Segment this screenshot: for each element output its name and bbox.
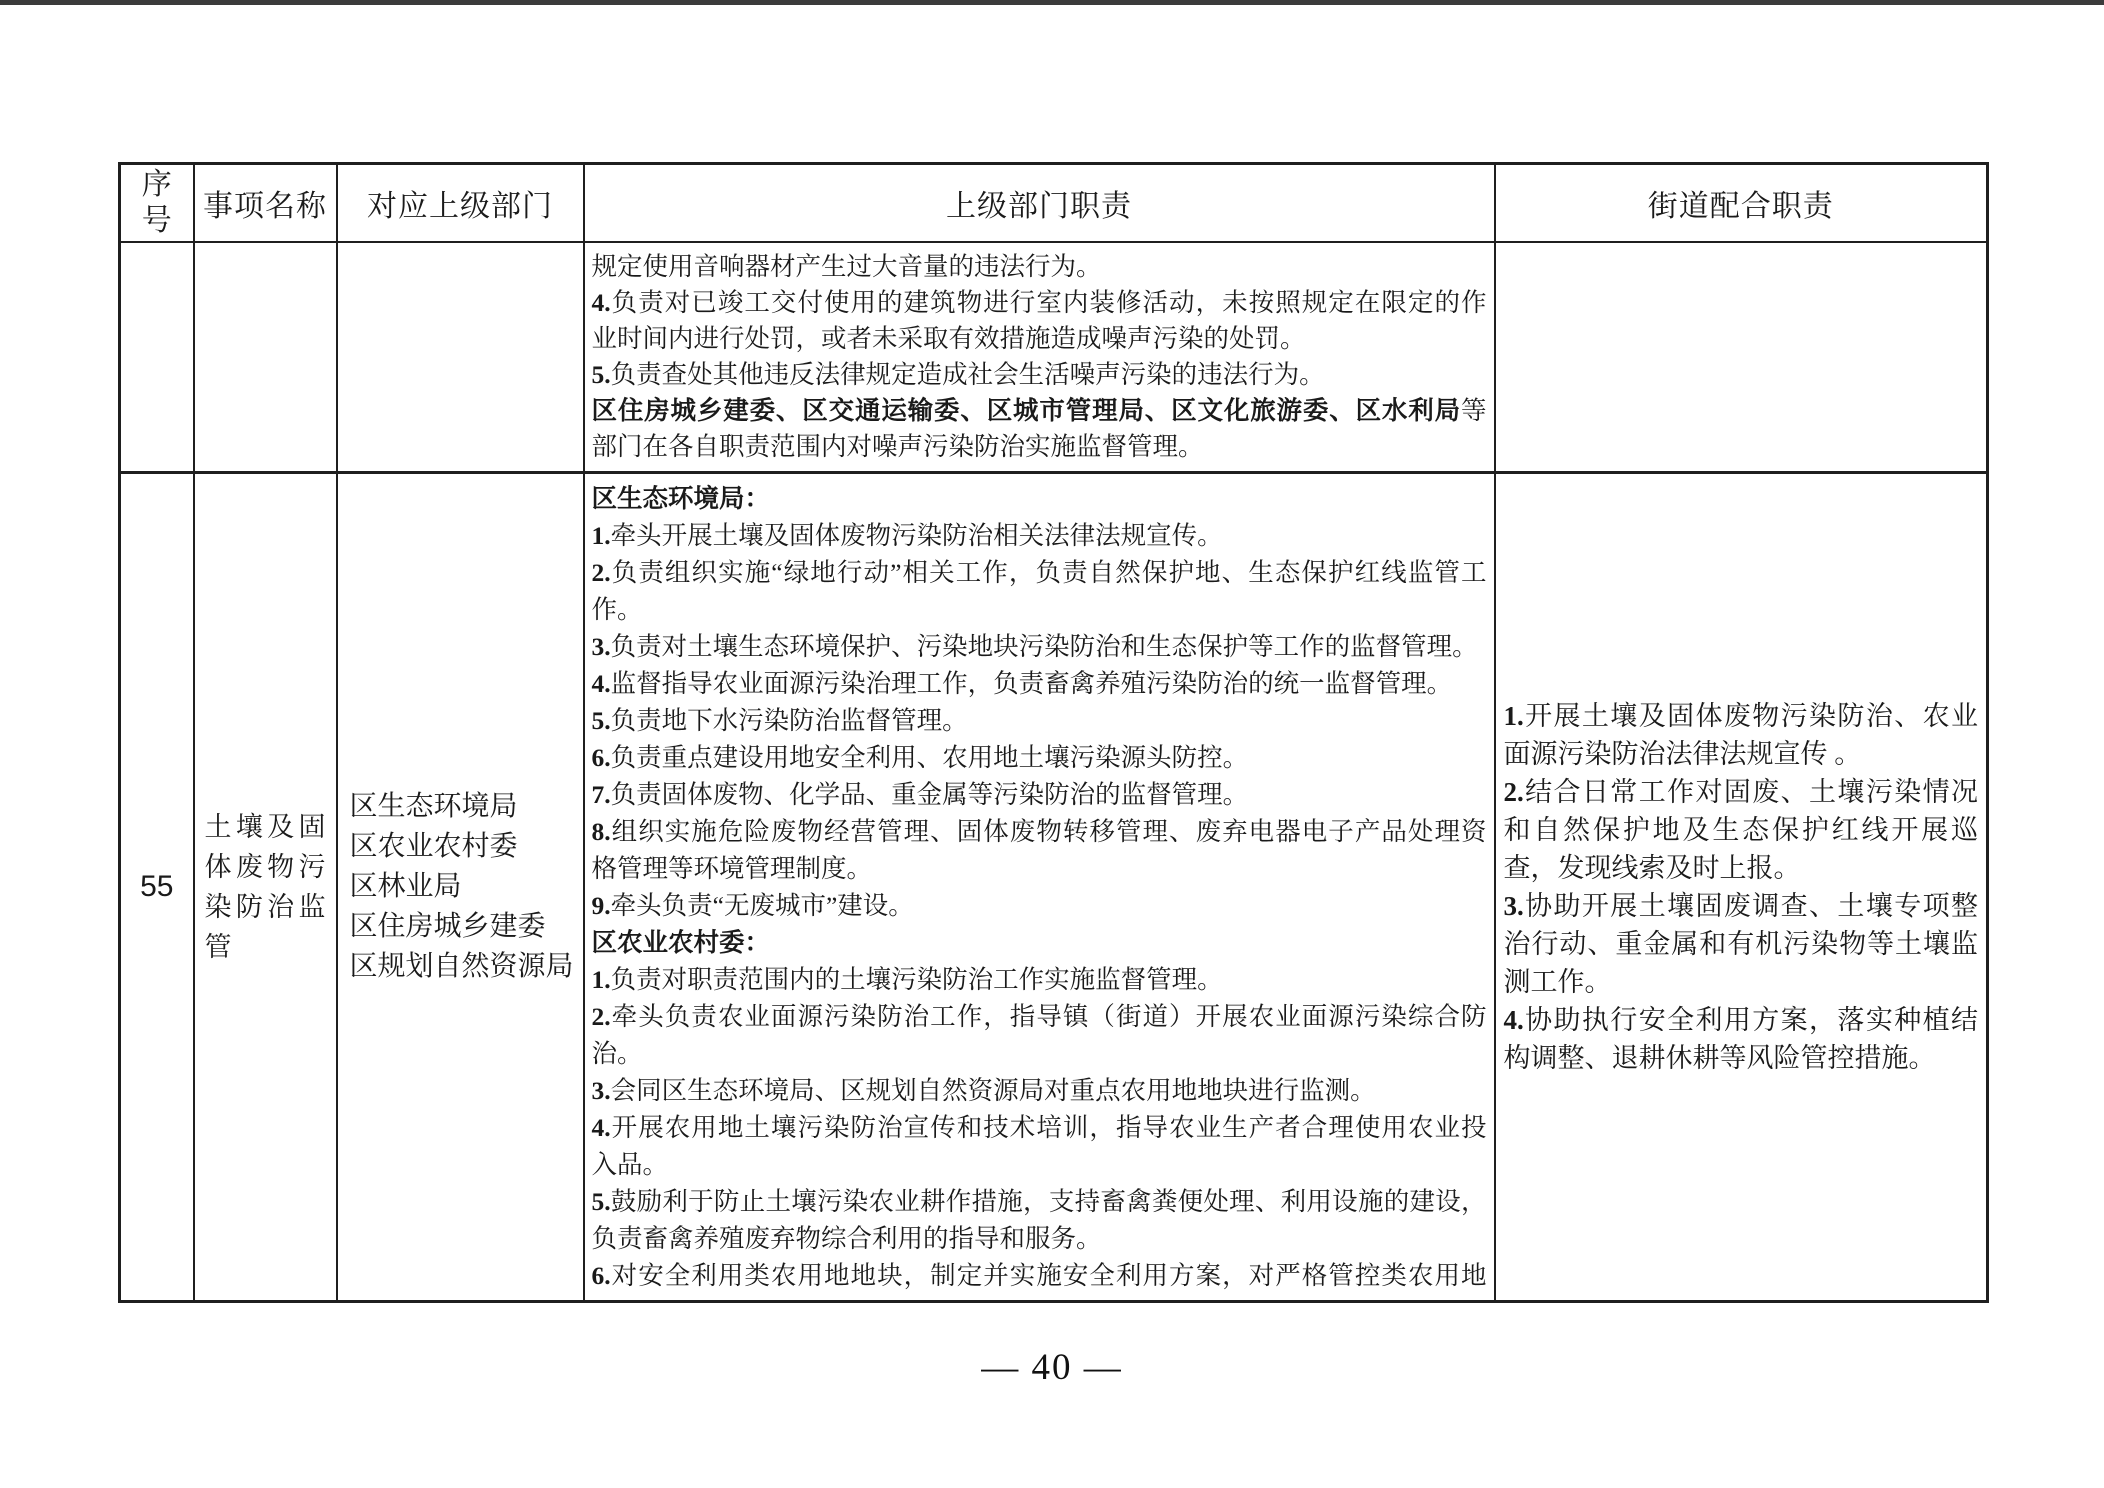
text-line: 3.协助开展土壤固废调查、土壤专项整 [1504,887,1979,925]
text-line: 3.会同区生态环境局、区规划自然资源局对重点农用地地块进行监测。 [592,1072,1487,1109]
text-line: 区住房城乡建委、区交通运输委、区城市管理局、区文化旅游委、区水利局等 [592,393,1487,429]
text-line: 治行动、重金属和有机污染物等土壤监 [1504,925,1979,963]
row-55: 55 土壤及固体废物污染防治监管 区生态环境局区农业农村委区林业局区住房城乡建委… [120,473,1988,1302]
department-line: 区住房城乡建委 [350,907,579,947]
header-department: 对应上级部门 [337,164,584,243]
text-line: 4.负责对已竣工交付使用的建筑物进行室内装修活动，未按照规定在限定的作 [592,285,1487,321]
text-line: 1.负责对职责范围内的土壤污染防治工作实施监督管理。 [592,961,1487,998]
continuation-item-cell-empty [194,242,337,473]
text-line: 构调整、退耕休耕等风险管控措施。 [1504,1039,1979,1077]
text-line: 作。 [592,591,1487,628]
screenshot-top-edge [0,0,2104,5]
text-line: 8.组织实施危险废物经营管理、固体废物转移管理、废弃电器电子产品处理资 [592,813,1487,850]
header-superior-duty: 上级部门职责 [584,164,1495,243]
text-line: 规定使用音响器材产生过大音量的违法行为。 [592,249,1487,285]
row-55-street-duty-cell: 1.开展土壤及固体废物污染防治、农业面源污染防治法律法规宣传 。2.结合日常工作… [1495,473,1988,1302]
header-seq: 序号 [120,164,194,243]
continuation-superior-duty-cell: 规定使用音响器材产生过大音量的违法行为。4.负责对已竣工交付使用的建筑物进行室内… [584,242,1495,473]
text-line: 5.鼓励利于防止土壤污染农业耕作措施，支持畜禽粪便处理、利用设施的建设， [592,1183,1487,1220]
text-line: 入品。 [592,1146,1487,1183]
header-item-name: 事项名称 [194,164,337,243]
row-55-item-text: 土壤及固体废物污染防治监管 [205,807,326,967]
text-line: 5.负责地下水污染防治监督管理。 [592,702,1487,739]
continuation-department-cell-empty [337,242,584,473]
text-line: 2.牵头负责农业面源污染防治工作，指导镇（街道）开展农业面源污染综合防 [592,998,1487,1035]
department-line: 区生态环境局 [350,787,579,827]
row-55-seq: 55 [120,473,194,1302]
text-line: 区生态环境局： [592,480,1487,517]
text-line: 负责畜禽养殖废弃物综合利用的指导和服务。 [592,1220,1487,1257]
row-55-departments: 区生态环境局区农业农村委区林业局区住房城乡建委区规划自然资源局 [337,473,584,1302]
text-line: 9.牵头负责“无废城市”建设。 [592,887,1487,924]
row-55-item-name: 土壤及固体废物污染防治监管 [194,473,337,1302]
header-street-duty: 街道配合职责 [1495,164,1988,243]
text-line: 6.对安全利用类农用地地块，制定并实施安全利用方案，对严格管控类农用地 [592,1257,1487,1294]
department-line: 区规划自然资源局 [350,947,579,987]
duty-table: 序号 事项名称 对应上级部门 上级部门职责 街道配合职责 规定使用音响器材产生过… [118,162,1989,1303]
text-line: 1.开展土壤及固体废物污染防治、农业 [1504,697,1979,735]
text-line: 2.结合日常工作对固废、土壤污染情况 [1504,773,1979,811]
text-line: 业时间内进行处罚，或者未采取有效措施造成噪声污染的处罚。 [592,321,1487,357]
continuation-street-duty-cell-empty [1495,242,1988,473]
text-line: 3.负责对土壤生态环境保护、污染地块污染防治和生态保护等工作的监督管理。 [592,628,1487,665]
text-line: 5.负责查处其他违反法律规定造成社会生活噪声污染的违法行为。 [592,357,1487,393]
department-line: 区林业局 [350,867,579,907]
text-line: 2.负责组织实施“绿地行动”相关工作，负责自然保护地、生态保护红线监管工 [592,554,1487,591]
header-row: 序号 事项名称 对应上级部门 上级部门职责 街道配合职责 [120,164,1988,243]
text-line: 区农业农村委： [592,924,1487,961]
text-line: 4.开展农用地土壤污染防治宣传和技术培训，指导农业生产者合理使用农业投 [592,1109,1487,1146]
text-line: 查，发现线索及时上报。 [1504,849,1979,887]
text-line: 部门在各自职责范围内对噪声污染防治实施监督管理。 [592,429,1487,465]
text-line: 6.负责重点建设用地安全利用、农用地土壤污染源头防控。 [592,739,1487,776]
department-line: 区农业农村委 [350,827,579,867]
text-line: 面源污染防治法律法规宣传 。 [1504,735,1979,773]
text-line: 1.牵头开展土壤及固体废物污染防治相关法律法规宣传。 [592,517,1487,554]
text-line: 4.协助执行安全利用方案，落实种植结 [1504,1001,1979,1039]
text-line: 4.监督指导农业面源污染治理工作，负责畜禽养殖污染防治的统一监督管理。 [592,665,1487,702]
page-number: — 40 — [0,1346,2104,1389]
continuation-seq-cell-empty [120,242,194,473]
row-55-superior-duty-cell: 区生态环境局：1.牵头开展土壤及固体废物污染防治相关法律法规宣传。2.负责组织实… [584,473,1495,1302]
text-line: 7.负责固体废物、化学品、重金属等污染防治的监督管理。 [592,776,1487,813]
continuation-row: 规定使用音响器材产生过大音量的违法行为。4.负责对已竣工交付使用的建筑物进行室内… [120,242,1988,473]
text-line: 治。 [592,1035,1487,1072]
text-line: 格管理等环境管理制度。 [592,850,1487,887]
text-line: 和自然保护地及生态保护红线开展巡 [1504,811,1979,849]
text-line: 测工作。 [1504,963,1979,1001]
